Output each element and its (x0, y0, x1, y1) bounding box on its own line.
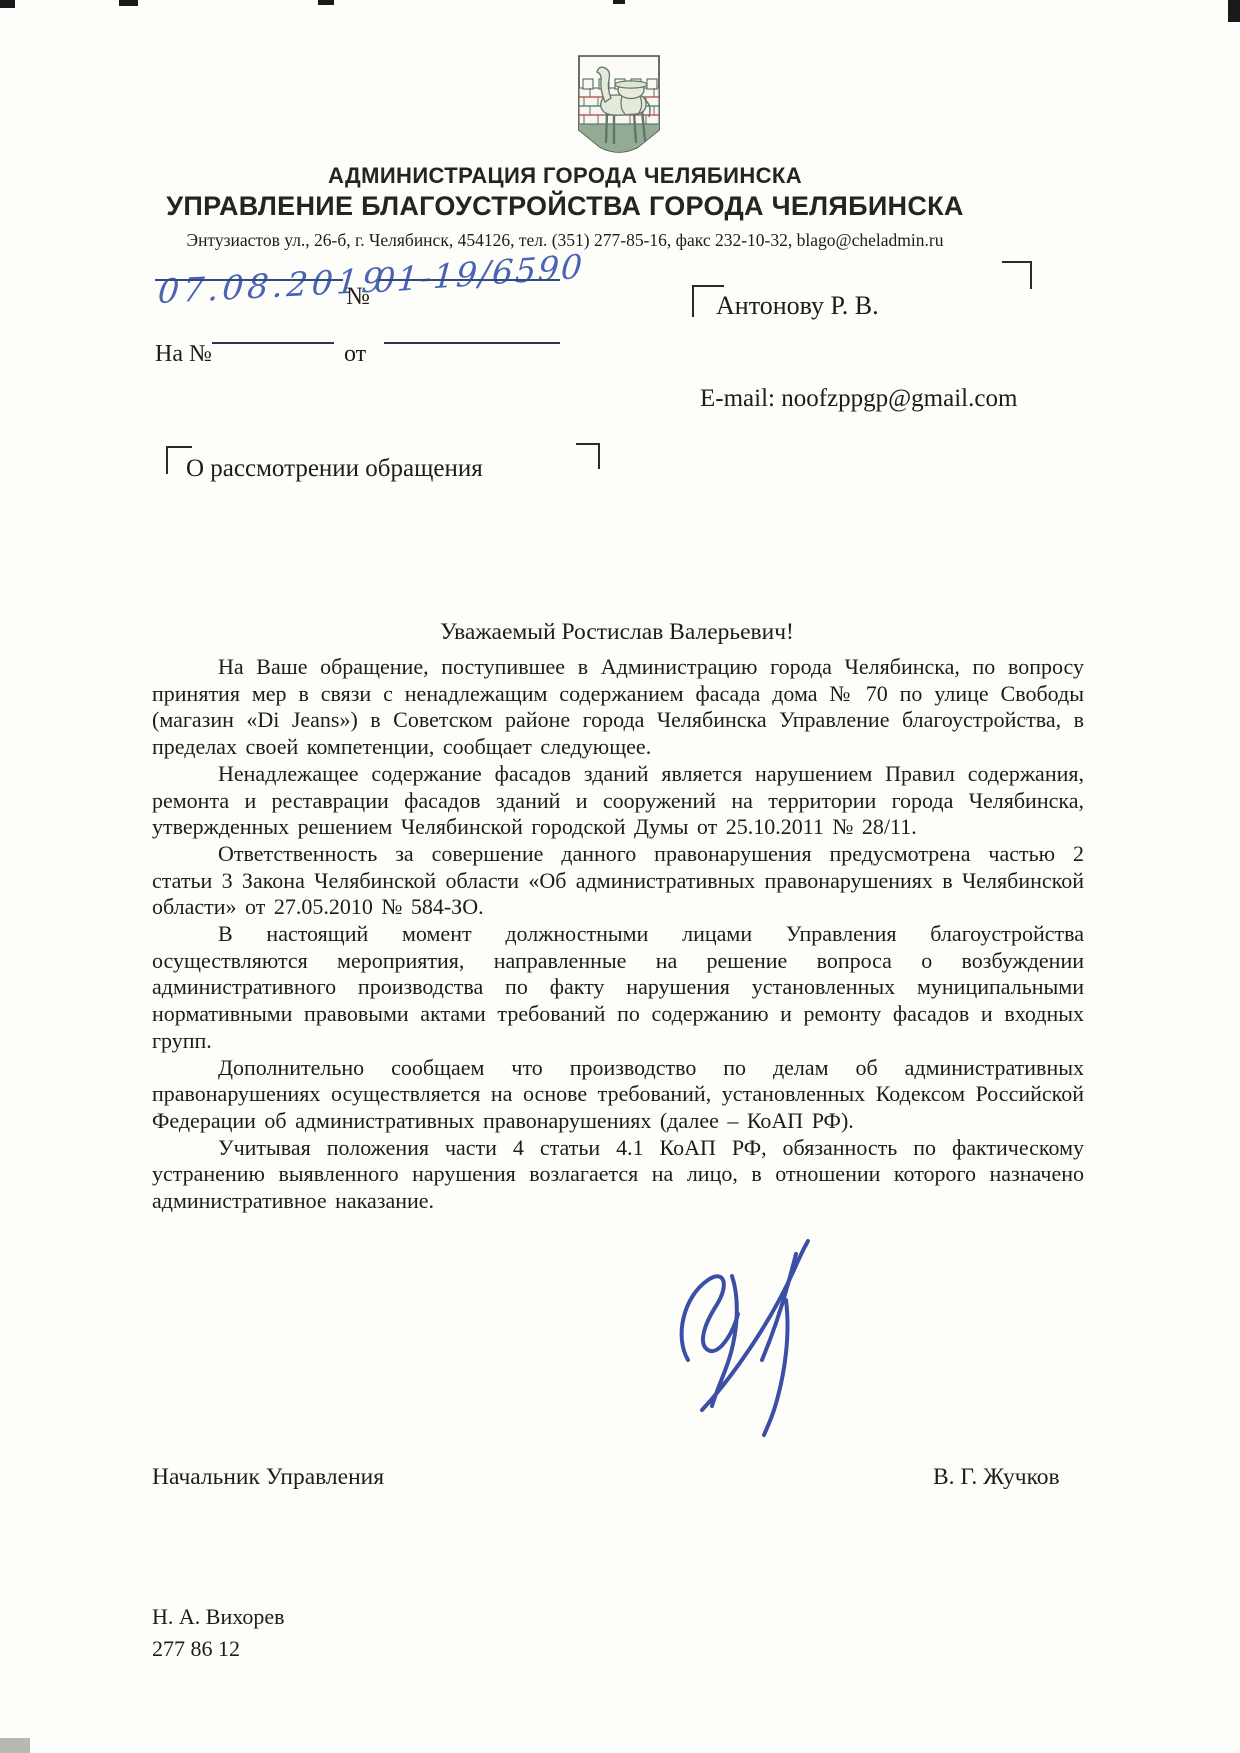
executor-phone: 277 86 12 (152, 1636, 240, 1662)
paragraph-1: На Ваше обращение, поступившее в Админис… (152, 654, 1084, 761)
salutation: Уважаемый Ростислав Валерьевич! (152, 619, 1082, 646)
subject-line: О рассмотрении обращения (186, 455, 483, 483)
paragraph-6: Учитывая положения части 4 статьи 4.1 Ко… (152, 1135, 1084, 1215)
paragraph-2: Ненадлежащее содержание фасадов зданий я… (152, 761, 1084, 841)
subject-corner-mark-right (576, 443, 600, 469)
reply-to-number-label: На № (155, 341, 212, 368)
reply-number-blank (212, 342, 334, 344)
org-name-line2: УПРАВЛЕНИЕ БЛАГОУСТРОЙСТВА ГОРОДА ЧЕЛЯБИ… (80, 191, 1050, 222)
letter-body: На Ваше обращение, поступившее в Админис… (152, 654, 1084, 1215)
number-underline (378, 279, 560, 281)
scan-artifact (0, 0, 15, 8)
date-underline (155, 279, 343, 281)
org-name-line1: АДМИНИСТРАЦИЯ ГОРОДА ЧЕЛЯБИНСКА (80, 163, 1050, 189)
scan-artifact (613, 0, 625, 4)
scanned-letter-page: АДМИНИСТРАЦИЯ ГОРОДА ЧЕЛЯБИНСКА УПРАВЛЕН… (0, 0, 1240, 1753)
reply-date-blank (384, 342, 560, 344)
number-sign: № (346, 283, 370, 311)
chelyabinsk-coat-of-arms-icon (576, 54, 662, 160)
scan-artifact (318, 0, 334, 5)
signer-position: Начальник Управления (152, 1464, 384, 1491)
paragraph-4: В настоящий момент должностными лицами У… (152, 921, 1084, 1055)
paragraph-5: Дополнительно сообщаем что производство … (152, 1055, 1084, 1135)
recipient-email: E-mail: noofzppgp@gmail.com (700, 385, 1017, 413)
recipient-name: Антонову Р. В. (716, 291, 879, 321)
paragraph-3: Ответственность за совершение данного пр… (152, 841, 1084, 921)
executor-name: Н. А. Вихорев (152, 1604, 285, 1630)
scan-artifact (119, 0, 138, 6)
handwritten-outgoing-number: 01-19/6590 (373, 247, 585, 301)
page-corner-mark (1002, 261, 1032, 289)
reply-from-label: от (344, 341, 366, 368)
scan-artifact (1228, 0, 1240, 22)
signer-name: В. Г. Жучков (933, 1464, 1060, 1491)
letterhead: АДМИНИСТРАЦИЯ ГОРОДА ЧЕЛЯБИНСКА УПРАВЛЕН… (80, 163, 1050, 251)
handwritten-signature-icon (672, 1238, 850, 1438)
scan-artifact (0, 1738, 30, 1753)
